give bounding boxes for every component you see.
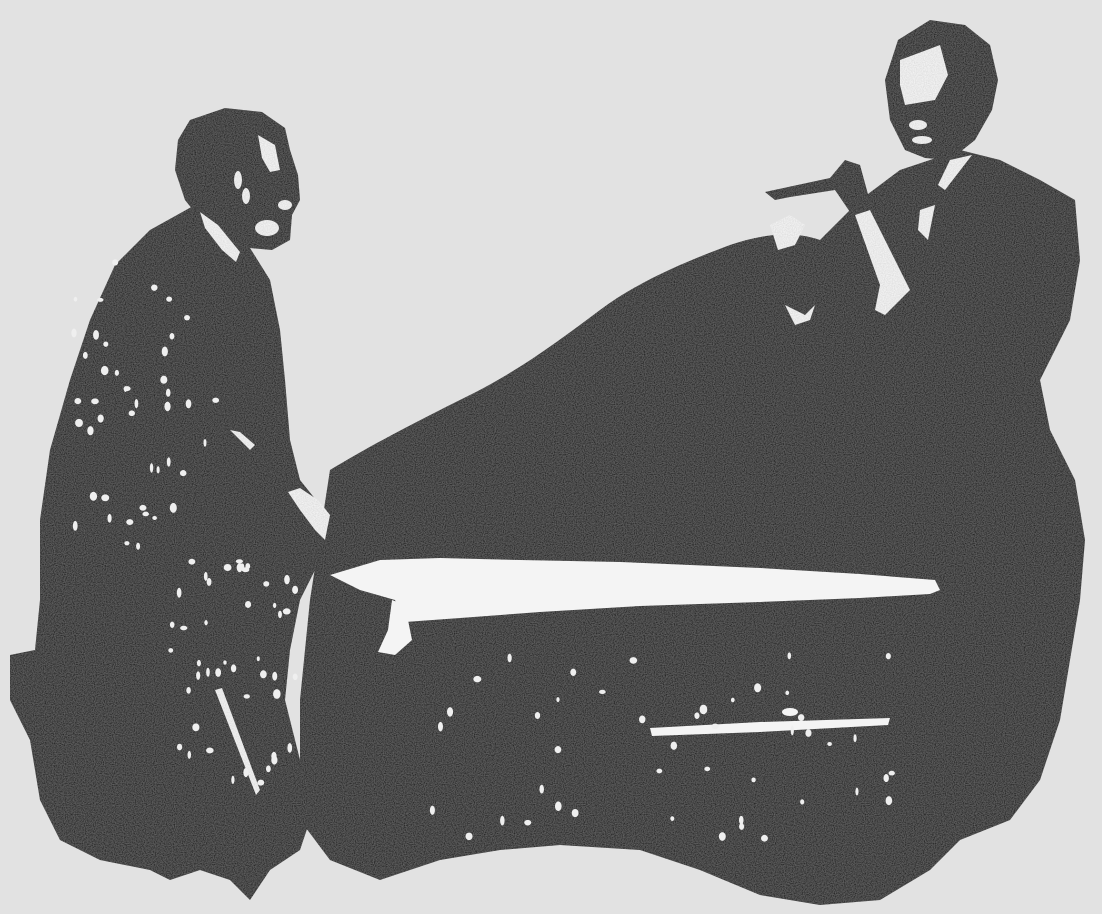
left-man-coat — [10, 205, 330, 900]
illustration — [0, 0, 1102, 914]
dark-mass — [300, 150, 1085, 905]
left-man — [10, 108, 330, 900]
